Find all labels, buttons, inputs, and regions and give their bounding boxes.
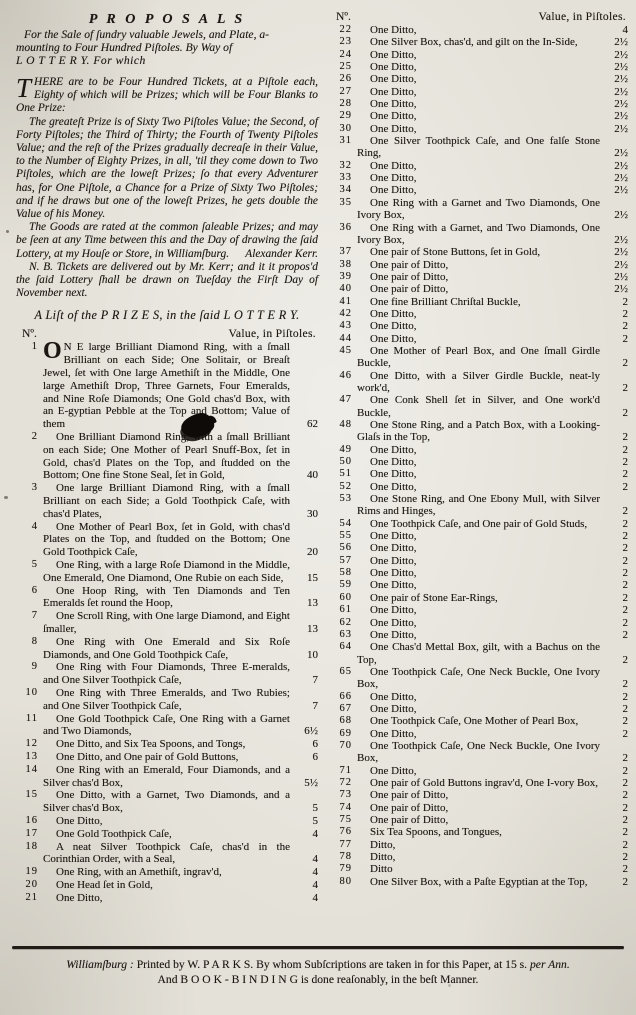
prize-row: 7One Scroll Ring, with One large Diamond… bbox=[16, 610, 318, 636]
prize-row: 80One Silver Box, with a Paſte Egyptian … bbox=[330, 876, 628, 888]
prize-number: 49 bbox=[330, 444, 352, 456]
prize-text: One Gold Toothpick Caſe, bbox=[43, 828, 290, 841]
prize-row: 34One Ditto,2½ bbox=[330, 184, 628, 196]
prize-value: 5½ bbox=[291, 777, 318, 790]
prize-row: 61One Ditto,2 bbox=[330, 604, 628, 616]
prize-value: 2½ bbox=[601, 172, 628, 184]
prize-row: 12One Ditto, and Six Tea Spoons, and Ton… bbox=[16, 738, 318, 751]
prize-row: 29One Ditto,2½ bbox=[330, 110, 628, 122]
prize-number: 40 bbox=[330, 283, 352, 295]
prize-number: 6 bbox=[16, 585, 38, 598]
prize-value: 2 bbox=[601, 629, 628, 641]
imprint-line-1: Williamſburg : Printed by W. P A R K S. … bbox=[0, 958, 636, 973]
prize-row: 37One pair of Stone Buttons, ſet in Gold… bbox=[330, 246, 628, 258]
prize-value: 10 bbox=[291, 649, 318, 662]
prize-number: 76 bbox=[330, 826, 352, 838]
prize-value: 2 bbox=[601, 333, 628, 345]
prize-list-right: 22One Ditto,423One Silver Box, chas'd, a… bbox=[330, 24, 628, 888]
prize-number: 72 bbox=[330, 777, 352, 789]
prize-text: One Toothpick Caſe, One Neck Buckle, One… bbox=[357, 666, 600, 691]
prize-number: 75 bbox=[330, 814, 352, 826]
right-column: Nº. Value, in Piſtoles. 22One Ditto,423O… bbox=[330, 10, 628, 888]
prize-row: 66One Ditto,2 bbox=[330, 691, 628, 703]
prize-row: 79Ditto2 bbox=[330, 863, 628, 875]
prize-value: 2½ bbox=[601, 283, 628, 295]
prize-number: 9 bbox=[16, 661, 38, 674]
prize-number: 71 bbox=[330, 765, 352, 777]
scanned-document-page: P R O P O S A L S For the Sale of ſundry… bbox=[0, 0, 636, 1015]
prize-value: 2 bbox=[601, 555, 628, 567]
prize-value: 2 bbox=[601, 357, 628, 369]
prize-value: 5 bbox=[291, 802, 318, 815]
prize-text: One Ditto, bbox=[357, 98, 600, 110]
prize-value: 2½ bbox=[601, 110, 628, 122]
prize-row: 50One Ditto,2 bbox=[330, 456, 628, 468]
prize-text: One pair of Ditto, bbox=[357, 271, 600, 283]
prize-number: 51 bbox=[330, 468, 352, 480]
subtitle-line-1: For the Sale of ſundry valuable Jewels, … bbox=[16, 28, 318, 41]
prize-value: 2 bbox=[601, 481, 628, 493]
prize-row: 33One Ditto,2½ bbox=[330, 172, 628, 184]
prize-value: 2½ bbox=[601, 271, 628, 283]
dropcap-t: T bbox=[16, 76, 34, 99]
prize-number: 67 bbox=[330, 703, 352, 715]
prize-value: 2 bbox=[601, 654, 628, 666]
imprint-main: Printed by W. P A R K S. By whom Subſcri… bbox=[137, 958, 527, 971]
prize-text: Ditto, bbox=[357, 851, 600, 863]
prize-text: One Ditto, bbox=[357, 24, 600, 36]
prize-number: 44 bbox=[330, 333, 352, 345]
value-header: Value, in Piſtoles. bbox=[229, 327, 317, 340]
prize-number: 47 bbox=[330, 394, 352, 406]
prize-row: 38One pair of Ditto,2½ bbox=[330, 259, 628, 271]
prize-text: One Ditto, bbox=[357, 555, 600, 567]
prize-value: 2 bbox=[601, 579, 628, 591]
prize-row: 52One Ditto,2 bbox=[330, 481, 628, 493]
prize-text: One Ring with a Garnet, and Two Diamonds… bbox=[357, 222, 600, 247]
prize-row: 22One Ditto,4 bbox=[330, 24, 628, 36]
prize-value: 4 bbox=[291, 892, 318, 905]
prize-number: 66 bbox=[330, 691, 352, 703]
prize-row: 69One Ditto,2 bbox=[330, 728, 628, 740]
prize-value: 2 bbox=[601, 468, 628, 480]
paper-speck bbox=[4, 496, 8, 499]
prize-text: One Ditto, bbox=[357, 629, 600, 641]
number-header: Nº. bbox=[22, 327, 37, 340]
prize-row: 60One pair of Stone Ear-Rings,2 bbox=[330, 592, 628, 604]
imprint-place: Williamſburg : bbox=[66, 958, 134, 971]
prize-number: 37 bbox=[330, 246, 352, 258]
prize-number: 57 bbox=[330, 555, 352, 567]
prize-number: 43 bbox=[330, 320, 352, 332]
prize-text: One Ditto, bbox=[357, 468, 600, 480]
prize-text: One pair of Ditto, bbox=[357, 802, 600, 814]
prize-text: One Toothpick Caſe, One Mother of Pearl … bbox=[357, 715, 600, 727]
prize-text: One Head ſet in Gold, bbox=[43, 879, 290, 892]
prize-text: One Stone Ring, and a Patch Box, with a … bbox=[357, 419, 600, 444]
prize-row: 18A neat Silver Toothpick Caſe, chas'd i… bbox=[16, 841, 318, 867]
prize-row: 73One pair of Ditto,2 bbox=[330, 789, 628, 801]
prize-number: 58 bbox=[330, 567, 352, 579]
prize-text: One Stone Ring, and One Ebony Mull, with… bbox=[357, 493, 600, 518]
prize-value: 2 bbox=[601, 777, 628, 789]
prize-number: 7 bbox=[16, 610, 38, 623]
prize-text: One Ditto, bbox=[357, 728, 600, 740]
prize-value: 2 bbox=[601, 308, 628, 320]
prize-value: 2 bbox=[601, 320, 628, 332]
prize-text: Ditto bbox=[357, 863, 600, 875]
prize-text: One Brilliant Diamond Ring, with a ſmall… bbox=[43, 431, 290, 482]
proposals-title: P R O P O S A L S bbox=[16, 12, 318, 28]
prize-value: 2 bbox=[601, 802, 628, 814]
prize-number: 23 bbox=[330, 36, 352, 48]
prize-row: 57One Ditto,2 bbox=[330, 555, 628, 567]
prize-row: 36One Ring with a Garnet, and Two Diamon… bbox=[330, 222, 628, 247]
prize-value: 2 bbox=[601, 814, 628, 826]
prize-row: 62One Ditto,2 bbox=[330, 617, 628, 629]
prize-row: 51One Ditto,2 bbox=[330, 468, 628, 480]
prize-value: 7 bbox=[291, 700, 318, 713]
prize-row: 6One Hoop Ring, with Ten Diamonds and Te… bbox=[16, 585, 318, 611]
prize-number: 70 bbox=[330, 740, 352, 752]
prize-row: 26One Ditto,2½ bbox=[330, 73, 628, 85]
prize-number: 30 bbox=[330, 123, 352, 135]
prize-text: One Ring, with a large Roſe Diamond in t… bbox=[43, 559, 290, 585]
prize-value: 4 bbox=[291, 853, 318, 866]
prize-value: 2 bbox=[601, 518, 628, 530]
nota-bene-paragraph: N. B. Tickets are delivered out by Mr. K… bbox=[16, 261, 318, 301]
prize-number: 21 bbox=[16, 892, 38, 905]
prize-value: 2 bbox=[601, 530, 628, 542]
prize-number: 13 bbox=[16, 751, 38, 764]
prize-number: 5 bbox=[16, 559, 38, 572]
prize-number: 69 bbox=[330, 728, 352, 740]
prize-row: 44One Ditto,2 bbox=[330, 333, 628, 345]
prize-text: One Ring, with an Amethiſt, ingrav'd, bbox=[43, 866, 290, 879]
prize-number: 39 bbox=[330, 271, 352, 283]
prize-number: 22 bbox=[330, 24, 352, 36]
prize-value: 20 bbox=[291, 546, 318, 559]
prize-text: One Silver Box, with a Paſte Egyptian at… bbox=[357, 876, 600, 888]
prize-value: 2 bbox=[601, 382, 628, 394]
prize-value: 2½ bbox=[601, 209, 628, 221]
prize-number: 2 bbox=[16, 431, 38, 444]
prize-value: 2 bbox=[601, 456, 628, 468]
prize-text: One Ring with One Emerald and Six Roſe D… bbox=[43, 636, 290, 662]
prize-row: 4One Mother of Pearl Box, ſet in Gold, w… bbox=[16, 521, 318, 559]
prize-text: One Ditto, bbox=[357, 703, 600, 715]
prize-text: One Ditto, bbox=[43, 892, 290, 905]
prize-row: 16One Ditto,5 bbox=[16, 815, 318, 828]
prize-row: 25One Ditto,2½ bbox=[330, 61, 628, 73]
prize-text: One fine Brilliant Chriſtal Buckle, bbox=[357, 296, 600, 308]
prize-number: 46 bbox=[330, 370, 352, 382]
prize-text: One Ditto, bbox=[357, 765, 600, 777]
prize-row: 3One large Brilliant Diamond Ring, with … bbox=[16, 482, 318, 520]
prize-row: 59One Ditto,2 bbox=[330, 579, 628, 591]
prize-row: 1ON E large Brilliant Diamond Ring, with… bbox=[16, 341, 318, 431]
prize-row: 76Six Tea Spoons, and Tongues,2 bbox=[330, 826, 628, 838]
prize-row: 64One Chas'd Mettal Box, gilt, with a Ba… bbox=[330, 641, 628, 666]
prize-text: One pair of Ditto, bbox=[357, 789, 600, 801]
prize-text: One Ditto, bbox=[357, 49, 600, 61]
prize-value: 62 bbox=[291, 418, 318, 431]
prize-text: One Scroll Ring, with One large Diamond,… bbox=[43, 610, 290, 636]
prize-text: One Ditto, bbox=[357, 61, 600, 73]
prize-value: 2 bbox=[601, 876, 628, 888]
left-column: P R O P O S A L S For the Sale of ſundry… bbox=[16, 12, 318, 905]
prize-text: One Ring with an Emerald, Four Diamonds,… bbox=[43, 764, 290, 790]
prize-text: One Ditto, bbox=[357, 333, 600, 345]
prize-row: 19One Ring, with an Amethiſt, ingrav'd,4 bbox=[16, 866, 318, 879]
prize-number: 28 bbox=[330, 98, 352, 110]
prize-value: 2½ bbox=[601, 36, 628, 48]
prize-value: 2 bbox=[601, 765, 628, 777]
prize-number: 53 bbox=[330, 493, 352, 505]
prize-text: One pair of Stone Ear-Rings, bbox=[357, 592, 600, 604]
prize-row: 70One Toothpick Caſe, One Neck Buckle, O… bbox=[330, 740, 628, 765]
prize-text: One Gold Toothpick Caſe, One Ring with a… bbox=[43, 713, 290, 739]
signature: Alexander Kerr. bbox=[232, 248, 318, 261]
prize-value: 2½ bbox=[601, 123, 628, 135]
prize-value: 13 bbox=[291, 597, 318, 610]
prize-row: 14One Ring with an Emerald, Four Diamond… bbox=[16, 764, 318, 790]
prize-value: 2 bbox=[601, 542, 628, 554]
prize-text: One Ditto, bbox=[357, 172, 600, 184]
prize-number: 80 bbox=[330, 876, 352, 888]
prize-list-heading: A Liſt of the P R I Z E S, in the ſaid L… bbox=[16, 308, 318, 322]
prize-value: 4 bbox=[291, 866, 318, 879]
prize-number: 17 bbox=[16, 828, 38, 841]
prize-value: 2 bbox=[601, 691, 628, 703]
prize-number: 55 bbox=[330, 530, 352, 542]
prize-text: A neat Silver Toothpick Caſe, chas'd in … bbox=[43, 841, 290, 867]
prize-number: 59 bbox=[330, 579, 352, 591]
prize-number: 48 bbox=[330, 419, 352, 431]
prize-number: 19 bbox=[16, 866, 38, 879]
prize-value: 2 bbox=[601, 604, 628, 616]
prize-row: 55One Ditto,2 bbox=[330, 530, 628, 542]
prize-text: One Conk Shell ſet in Silver, and One wo… bbox=[357, 394, 600, 419]
prize-text: One pair of Gold Buttons ingrav'd, One I… bbox=[357, 777, 600, 789]
prize-row: 46One Ditto, with a Silver Girdle Buckle… bbox=[330, 370, 628, 395]
prize-text: One Ditto, bbox=[357, 123, 600, 135]
prize-text: One Toothpick Caſe, and One pair of Gold… bbox=[357, 518, 600, 530]
prize-value: 2 bbox=[601, 592, 628, 604]
prize-text: One pair of Ditto, bbox=[357, 814, 600, 826]
prize-number: 15 bbox=[16, 789, 38, 802]
prize-value: 2 bbox=[601, 407, 628, 419]
prize-row: 23One Silver Box, chas'd, and gilt on th… bbox=[330, 36, 628, 48]
prize-text: One Ditto, bbox=[357, 456, 600, 468]
prize-text: One Ring with Three Emeralds, and Two Ru… bbox=[43, 687, 290, 713]
prize-value: 2 bbox=[601, 567, 628, 579]
prize-row: 32One Ditto,2½ bbox=[330, 160, 628, 172]
prize-row: 8One Ring with One Emerald and Six Roſe … bbox=[16, 636, 318, 662]
prize-text: One Ditto, bbox=[357, 617, 600, 629]
prize-value: 2 bbox=[601, 839, 628, 851]
prize-value: 2½ bbox=[601, 246, 628, 258]
prize-text: One Ditto, bbox=[357, 73, 600, 85]
prize-number: 36 bbox=[330, 222, 352, 234]
prize-text: One Ditto, bbox=[43, 815, 290, 828]
prize-value: 2½ bbox=[601, 234, 628, 246]
prize-value: 30 bbox=[291, 508, 318, 521]
intro-paragraph-text: HERE are to be Four Hundred Tickets, at … bbox=[16, 76, 318, 114]
prize-number: 68 bbox=[330, 715, 352, 727]
prize-row: 72One pair of Gold Buttons ingrav'd, One… bbox=[330, 777, 628, 789]
prize-number: 26 bbox=[330, 73, 352, 85]
prize-text: Six Tea Spoons, and Tongues, bbox=[357, 826, 600, 838]
prize-row: 30One Ditto,2½ bbox=[330, 123, 628, 135]
prize-row: 40One pair of Ditto,2½ bbox=[330, 283, 628, 295]
prize-number: 20 bbox=[16, 879, 38, 892]
prize-row: 17One Gold Toothpick Caſe,4 bbox=[16, 828, 318, 841]
prize-row: 5One Ring, with a large Roſe Diamond in … bbox=[16, 559, 318, 585]
prize-number: 74 bbox=[330, 802, 352, 814]
prize-row: 24One Ditto,2½ bbox=[330, 49, 628, 61]
right-column-header: Nº. Value, in Piſtoles. bbox=[330, 10, 628, 24]
prize-row: 13One Ditto, and One pair of Gold Button… bbox=[16, 751, 318, 764]
prize-number: 41 bbox=[330, 296, 352, 308]
prize-row: 48One Stone Ring, and a Patch Box, with … bbox=[330, 419, 628, 444]
prize-text: One Ditto, bbox=[357, 604, 600, 616]
prize-row: 9One Ring with Four Diamonds, Three E-me… bbox=[16, 661, 318, 687]
prize-number: 65 bbox=[330, 666, 352, 678]
prize-text: One Ditto, bbox=[357, 444, 600, 456]
prize-value: 2½ bbox=[601, 86, 628, 98]
prize-number: 24 bbox=[330, 49, 352, 61]
prize-number: 38 bbox=[330, 259, 352, 271]
prize-number: 52 bbox=[330, 481, 352, 493]
prize-row: 78Ditto,2 bbox=[330, 851, 628, 863]
prize-text: One Ditto, bbox=[357, 579, 600, 591]
prize-structure-paragraph: The greateſt Prize is of Sixty Two Piſto… bbox=[16, 116, 318, 222]
prize-row: 41One fine Brilliant Chriſtal Buckle,2 bbox=[330, 296, 628, 308]
prize-text: One Ditto, bbox=[357, 86, 600, 98]
prize-text: ON E large Brilliant Diamond Ring, with … bbox=[43, 341, 290, 431]
prize-text: One Chas'd Mettal Box, gilt, with a Bach… bbox=[357, 641, 600, 666]
prize-row: 47One Conk Shell ſet in Silver, and One … bbox=[330, 394, 628, 419]
prize-value: 7 bbox=[291, 674, 318, 687]
printer-imprint: Williamſburg : Printed by W. P A R K S. … bbox=[0, 958, 636, 987]
prize-number: 29 bbox=[330, 110, 352, 122]
prize-number: 18 bbox=[16, 841, 38, 854]
prize-number: 60 bbox=[330, 592, 352, 604]
prize-text: One Ditto, bbox=[357, 110, 600, 122]
prize-row: 45One Mother of Pearl Box, and One ſmall… bbox=[330, 345, 628, 370]
prize-text: One Ditto, with a Silver Girdle Buckle, … bbox=[357, 370, 600, 395]
prize-row: 53One Stone Ring, and One Ebony Mull, wi… bbox=[330, 493, 628, 518]
prize-row: 39One pair of Ditto,2½ bbox=[330, 271, 628, 283]
prize-value: 6½ bbox=[291, 725, 318, 738]
prize-number: 4 bbox=[16, 521, 38, 534]
prize-value: 2 bbox=[601, 826, 628, 838]
prize-value: 2 bbox=[601, 296, 628, 308]
prize-row: 56One Ditto,2 bbox=[330, 542, 628, 554]
prize-value: 2½ bbox=[601, 98, 628, 110]
prize-value: 2 bbox=[601, 431, 628, 443]
prize-text: One Hoop Ring, with Ten Diamonds and Ten… bbox=[43, 585, 290, 611]
prize-text: One pair of Stone Buttons, ſet in Gold, bbox=[357, 246, 600, 258]
prize-value: 4 bbox=[291, 828, 318, 841]
prize-number: 27 bbox=[330, 86, 352, 98]
prize-text: One Ditto, bbox=[357, 308, 600, 320]
prize-text: One Ring with a Garnet and Two Diamonds,… bbox=[357, 197, 600, 222]
prize-value: 2 bbox=[601, 752, 628, 764]
prize-list-left: 1ON E large Brilliant Diamond Ring, with… bbox=[16, 341, 318, 904]
prize-text: One Ditto, bbox=[357, 530, 600, 542]
prize-row: 35One Ring with a Garnet and Two Diamond… bbox=[330, 197, 628, 222]
prize-row: 27One Ditto,2½ bbox=[330, 86, 628, 98]
dropcap-letter: O bbox=[43, 341, 64, 362]
prize-row: 71One Ditto,2 bbox=[330, 765, 628, 777]
prize-row: 49One Ditto,2 bbox=[330, 444, 628, 456]
prize-number: 10 bbox=[16, 687, 38, 700]
subtitle-line-2: mounting to Four Hundred Piſtoles. By Wa… bbox=[16, 41, 318, 54]
prize-row: 58One Ditto,2 bbox=[330, 567, 628, 579]
prize-text: One Ditto, bbox=[357, 542, 600, 554]
prize-number: 32 bbox=[330, 160, 352, 172]
prize-value: 2 bbox=[601, 703, 628, 715]
value-header: Value, in Piſtoles. bbox=[539, 10, 627, 23]
prize-text: One Mother of Pearl Box, ſet in Gold, wi… bbox=[43, 521, 290, 559]
prize-number: 8 bbox=[16, 636, 38, 649]
prize-row: 77Ditto,2 bbox=[330, 839, 628, 851]
prize-value: 2 bbox=[601, 851, 628, 863]
prize-number: 12 bbox=[16, 738, 38, 751]
prize-text: One Ditto, bbox=[357, 691, 600, 703]
prize-value: 2 bbox=[601, 789, 628, 801]
prize-row: 43One Ditto,2 bbox=[330, 320, 628, 332]
prize-number: 61 bbox=[330, 604, 352, 616]
prize-number: 33 bbox=[330, 172, 352, 184]
prize-text: One Ring with Four Diamonds, Three E-mer… bbox=[43, 661, 290, 687]
prize-number: 64 bbox=[330, 641, 352, 653]
paper-speck bbox=[6, 230, 9, 233]
prize-row: 63One Ditto,2 bbox=[330, 629, 628, 641]
prize-text: One Ditto, and Six Tea Spoons, and Tongs… bbox=[43, 738, 290, 751]
prize-value: 2 bbox=[601, 728, 628, 740]
prize-row: 21One Ditto,4 bbox=[16, 892, 318, 905]
prize-value: 2 bbox=[601, 863, 628, 875]
prize-number: 11 bbox=[16, 713, 38, 726]
prize-number: 14 bbox=[16, 764, 38, 777]
prize-value: 6 bbox=[291, 738, 318, 751]
prize-number: 73 bbox=[330, 789, 352, 801]
prize-text: One pair of Ditto, bbox=[357, 283, 600, 295]
prize-value: 5 bbox=[291, 815, 318, 828]
prize-text: One Ditto, with a Garnet, Two Diamonds, … bbox=[43, 789, 290, 815]
prize-number: 50 bbox=[330, 456, 352, 468]
prize-row: 68One Toothpick Caſe, One Mother of Pear… bbox=[330, 715, 628, 727]
prize-row: 75One pair of Ditto,2 bbox=[330, 814, 628, 826]
prize-value: 2 bbox=[601, 678, 628, 690]
prize-text: Ditto, bbox=[357, 839, 600, 851]
prize-row: 28One Ditto,2½ bbox=[330, 98, 628, 110]
prize-number: 78 bbox=[330, 851, 352, 863]
prize-number: 45 bbox=[330, 345, 352, 357]
prize-row: 54One Toothpick Caſe, and One pair of Go… bbox=[330, 518, 628, 530]
prize-number: 16 bbox=[16, 815, 38, 828]
prize-value: 2½ bbox=[601, 73, 628, 85]
prize-value: 15 bbox=[291, 572, 318, 585]
prize-value: 2½ bbox=[601, 61, 628, 73]
prize-value: 2½ bbox=[601, 259, 628, 271]
prize-row: 42One Ditto,2 bbox=[330, 308, 628, 320]
prize-text: One Silver Toothpick Caſe, and One falſe… bbox=[357, 135, 600, 160]
number-header: Nº. bbox=[336, 10, 351, 23]
